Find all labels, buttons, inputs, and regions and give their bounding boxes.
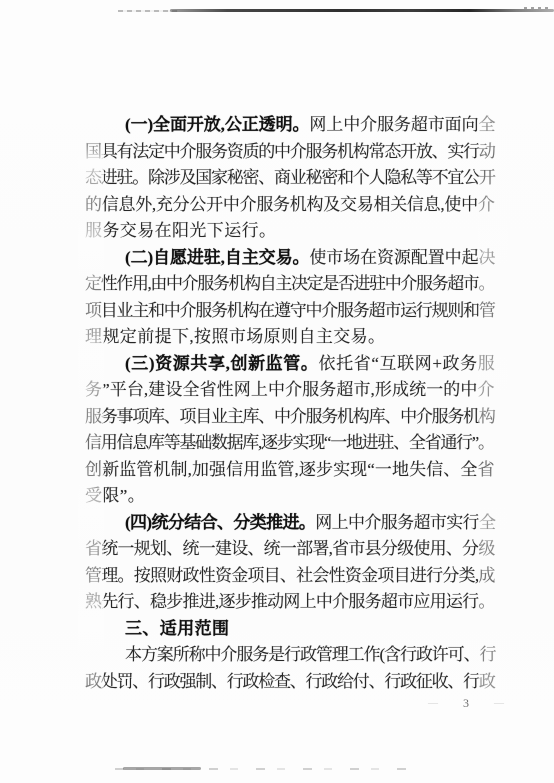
doc-line: 服务交易在阳光下运行。 — [85, 218, 505, 245]
doc-line: 信用信息库等基础数据库,逐步实现“一地进驻、全省通行”。 — [85, 430, 505, 457]
doc-line: 的信息外,充分公开中介服务机构及交易相关信息,使中介 — [85, 192, 505, 219]
doc-text: 的信息外,充分公开中介服务机构及交易相关信息,使中介 — [85, 195, 495, 214]
doc-line: 态进驻。除涉及国家秘密、商业秘密和个人隐私等不宜公开 — [85, 165, 505, 192]
doc-text: 本方案所称中介服务是行政管理工作(含行政许可、行 — [125, 645, 495, 664]
doc-line: 本方案所称中介服务是行政管理工作(含行政许可、行 — [85, 642, 505, 669]
doc-line: 三、适用范围 — [85, 616, 505, 643]
doc-text: 创新监管机制,加强信用监管,逐步实现“一地失信、全省 — [85, 460, 495, 479]
doc-line: (四)统分结合、分类推进。网上中介服务超市实行全 — [85, 510, 505, 537]
doc-line: 省统一规划、统一建设、统一部署,省市县分级使用、分级 — [85, 536, 505, 563]
doc-line: 创新监管机制,加强信用监管,逐步实现“一地失信、全省 — [85, 457, 505, 484]
doc-line: 熟先行、稳步推进,逐步推动网上中介服务超市应用运行。 — [85, 589, 505, 616]
scan-artifact-top-specks — [524, 7, 552, 9]
doc-text: 省统一规划、统一建设、统一部署,省市县分级使用、分级 — [85, 539, 495, 558]
doc-text: 信用信息库等基础数据库,逐步实现“一地进驻、全省通行”。 — [85, 433, 494, 452]
doc-text: 政处罚、行政强制、行政检查、行政给付、行政征收、行政 — [85, 672, 495, 691]
doc-line: 管理。按照财政性资金项目、社会性资金项目进行分类,成 — [85, 563, 505, 590]
doc-text-bold: (一)全面开放,公正透明。 — [125, 115, 309, 134]
doc-line: (三)资源共享,创新监管。依托省“互联网+政务服 — [85, 351, 505, 378]
doc-line: 务”平台,建设全省性网上中介服务超市,形成统一的中介 — [85, 377, 505, 404]
doc-line: 理规定前提下,按照市场原则自主交易。 — [85, 324, 505, 351]
doc-text: 受限”。 — [85, 486, 145, 505]
document-page: (一)全面开放,公正透明。网上中介服务超市面向全国具有法定中介服务资质的中介服务… — [0, 0, 554, 783]
doc-text: 定性作用,由中介服务机构自主决定是否进驻中介服务超市。 — [85, 274, 494, 293]
scan-artifact-top-line — [170, 9, 554, 12]
scan-artifact-top-line-faint — [118, 10, 178, 12]
doc-line: 政处罚、行政强制、行政检查、行政给付、行政征收、行政 — [85, 669, 505, 696]
doc-text: 依托省“互联网+政务服 — [319, 354, 496, 373]
page-number-value: 3 — [463, 696, 469, 711]
doc-text: 态进驻。除涉及国家秘密、商业秘密和个人隐私等不宜公开 — [85, 168, 495, 187]
doc-text: 项目业主和中介服务机构在遵守中介服务超市运行规则和管 — [85, 301, 495, 320]
page-number-dash-right: — — [494, 699, 504, 707]
doc-line: 国具有法定中介服务资质的中介服务机构常态开放、实行动 — [85, 139, 505, 166]
page-number-dash-left: — — [428, 699, 438, 707]
doc-text-bold: (三)资源共享,创新监管。 — [125, 354, 319, 373]
doc-line: (二)自愿进驻,自主交易。使市场在资源配置中起决 — [85, 245, 505, 272]
doc-text: 网上中介服务超市实行全 — [315, 513, 495, 532]
doc-text: 熟先行、稳步推进,逐步推动网上中介服务超市应用运行。 — [85, 592, 495, 611]
doc-text: 务”平台,建设全省性网上中介服务超市,形成统一的中介 — [85, 380, 495, 399]
doc-text: 网上中介服务超市面向全 — [309, 115, 495, 134]
doc-line: 项目业主和中介服务机构在遵守中介服务超市运行规则和管 — [85, 298, 505, 325]
doc-text: 服务交易在阳光下运行。 — [85, 221, 276, 240]
doc-text: 理规定前提下,按照市场原则自主交易。 — [85, 327, 385, 346]
doc-text-bold: 三、适用范围 — [125, 619, 229, 638]
doc-text: 使市场在资源配置中起决 — [309, 248, 495, 267]
page-number: — 3 — — [428, 696, 504, 711]
doc-text: 服务事项库、项目业主库、中介服务机构库、中介服务机构 — [85, 407, 495, 426]
doc-text-bold: (四)统分结合、分类推进。 — [125, 513, 315, 532]
doc-line: (一)全面开放,公正透明。网上中介服务超市面向全 — [85, 112, 505, 139]
doc-line: 服务事项库、项目业主库、中介服务机构库、中介服务机构 — [85, 404, 505, 431]
doc-text: 国具有法定中介服务资质的中介服务机构常态开放、实行动 — [85, 142, 495, 161]
doc-line: 定性作用,由中介服务机构自主决定是否进驻中介服务超市。 — [85, 271, 505, 298]
document-body: (一)全面开放,公正透明。网上中介服务超市面向全国具有法定中介服务资质的中介服务… — [85, 112, 505, 695]
doc-text-bold: (二)自愿进驻,自主交易。 — [125, 248, 309, 267]
doc-line: 受限”。 — [85, 483, 505, 510]
scan-artifact-bottom-smudge — [123, 767, 201, 770]
doc-text: 管理。按照财政性资金项目、社会性资金项目进行分类,成 — [85, 566, 495, 585]
